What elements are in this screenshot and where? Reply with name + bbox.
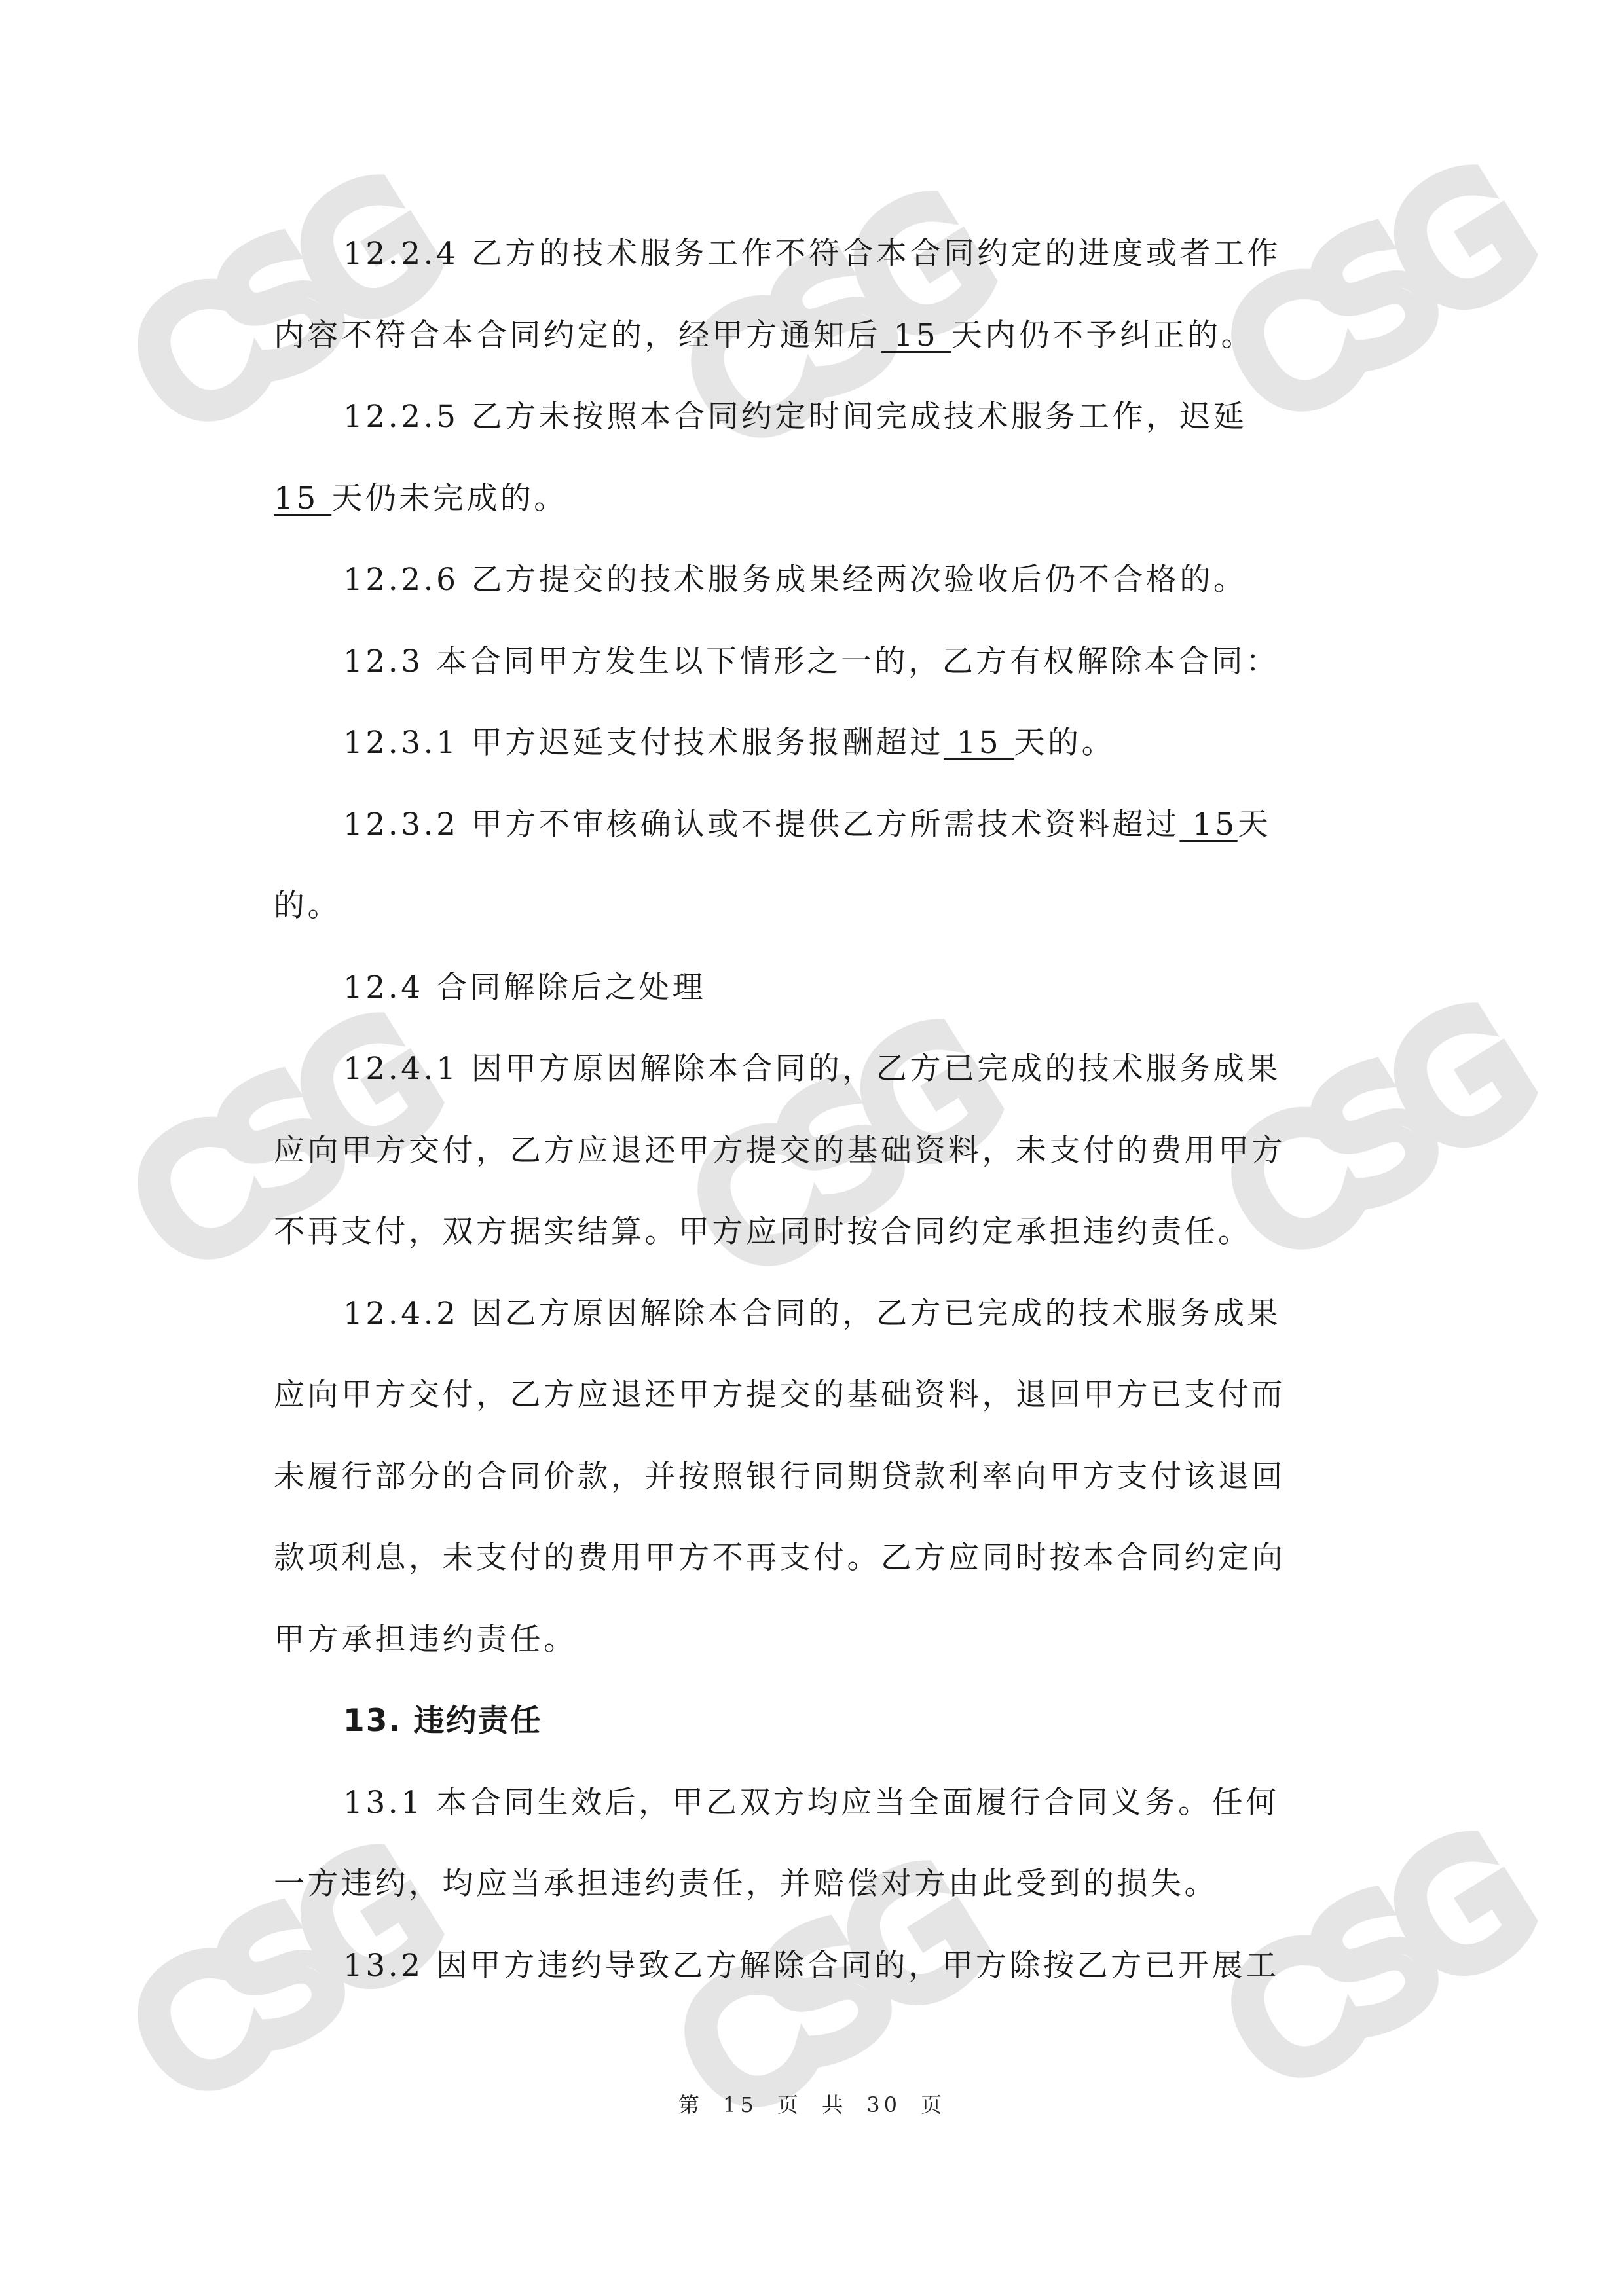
clause-line-12.2.6: 12.2.6 乙方提交的技术服务成果经两次验收后仍不合格的。: [343, 560, 1247, 600]
clause-line-13.1-b: 一方违约，均应当承担违约责任，并赔偿对方由此受到的损失。: [274, 1865, 1218, 1904]
clause-text: 天的。: [1014, 725, 1116, 761]
clause-text: 12.2.5 乙方未按照本合同约定时间完成技术服务工作，迟延: [343, 399, 1247, 435]
clause-text: 甲方承担违约责任。: [274, 1622, 578, 1658]
clause-text: 12.2.4 乙方的技术服务工作不符合本合同约定的进度或者工作: [343, 236, 1281, 272]
clause-line-12.4.2-a: 12.4.2 因乙方原因解除本合同的，乙方已完成的技术服务成果: [343, 1294, 1281, 1334]
clause-text: 12.4.1 因甲方原因解除本合同的，乙方已完成的技术服务成果: [343, 1051, 1281, 1087]
clause-text: 12.4.2 因乙方原因解除本合同的，乙方已完成的技术服务成果: [343, 1296, 1281, 1332]
clause-text: 12.3.1 甲方迟延支付技术服务报酬超过: [343, 725, 944, 761]
clause-line-12.3.2-b: 的。: [274, 886, 341, 926]
clause-line-12.2.4-b: 内容不符合本合同约定的，经甲方通知后 15 天内仍不予纠正的。: [274, 316, 1255, 355]
clause-line-13.2-a: 13.2 因甲方违约导致乙方解除合同的，甲方除按乙方已开展工: [343, 1946, 1280, 1986]
clause-line-12.4.1-c: 不再支付，双方据实结算。甲方应同时按合同约定承担违约责任。: [274, 1212, 1252, 1252]
clause-text: 天仍未完成的。: [331, 481, 568, 517]
clause-text: 12.4 合同解除后之处理: [343, 970, 706, 1006]
clause-text: 天内仍不予纠正的。: [951, 318, 1255, 354]
clause-line-12.4.1-a: 12.4.1 因甲方原因解除本合同的，乙方已完成的技术服务成果: [343, 1049, 1281, 1089]
page-footer: 第 15 页 共 30 页: [0, 2088, 1624, 2119]
clause-text: 12.2.6 乙方提交的技术服务成果经两次验收后仍不合格的。: [343, 562, 1247, 598]
clause-text: 13.1 本合同生效后，甲乙双方均应当全面履行合同义务。任何: [343, 1785, 1280, 1821]
clause-line-12.2.4-a: 12.2.4 乙方的技术服务工作不符合本合同约定的进度或者工作: [343, 234, 1281, 274]
clause-text: 13.2 因甲方违约导致乙方解除合同的，甲方除按乙方已开展工: [343, 1948, 1280, 1984]
clause-text: 应向甲方交付，乙方应退还甲方提交的基础资料，退回甲方已支付而: [274, 1377, 1285, 1413]
clause-text: 应向甲方交付，乙方应退还甲方提交的基础资料，未支付的费用甲方: [274, 1133, 1285, 1169]
clause-line-13: 13. 违约责任: [343, 1702, 542, 1741]
clause-line-12.3: 12.3 本合同甲方发生以下情形之一的，乙方有权解除本合同：: [343, 642, 1280, 682]
clause-line-12.4.1-b: 应向甲方交付，乙方应退还甲方提交的基础资料，未支付的费用甲方: [274, 1131, 1285, 1171]
clause-text: 不再支付，双方据实结算。甲方应同时按合同约定承担违约责任。: [274, 1214, 1252, 1250]
clause-text: 内容不符合本合同约定的，经甲方通知后: [274, 318, 881, 354]
clause-line-12.4.2-d: 款项利息，未支付的费用甲方不再支付。乙方应同时按本合同约定向: [274, 1539, 1285, 1578]
filled-blank-value: 15: [944, 725, 1014, 761]
clause-text: 天: [1238, 807, 1272, 843]
filled-blank-value: 15: [881, 318, 951, 354]
clause-line-12.3.1: 12.3.1 甲方迟延支付技术服务报酬超过 15 天的。: [343, 723, 1115, 763]
clause-text: 一方违约，均应当承担违约责任，并赔偿对方由此受到的损失。: [274, 1866, 1218, 1902]
clause-line-12.4.2-b: 应向甲方交付，乙方应退还甲方提交的基础资料，退回甲方已支付而: [274, 1376, 1285, 1415]
clause-text: 12.3.2 甲方不审核确认或不提供乙方所需技术资料超过: [343, 807, 1179, 843]
document-page: CSGCSGCSGCSGCSGCSGCSGCSGCSG 12.2.4 乙方的技术…: [0, 0, 1624, 2296]
filled-blank-value: 15: [1179, 807, 1237, 843]
filled-blank-value: 15: [274, 481, 331, 517]
clause-line-12.2.5-b: 15 天仍未完成的。: [274, 479, 568, 519]
clause-text: 未履行部分的合同价款，并按照银行同期贷款利率向甲方支付该退回: [274, 1459, 1285, 1495]
clause-text: 12.3 本合同甲方发生以下情形之一的，乙方有权解除本合同：: [343, 644, 1280, 680]
clause-text: 的。: [274, 888, 341, 924]
clause-line-12.3.2-a: 12.3.2 甲方不审核确认或不提供乙方所需技术资料超过 15天: [343, 805, 1271, 845]
clause-line-12.4.2-e: 甲方承担违约责任。: [274, 1620, 578, 1660]
clause-line-12.4.2-c: 未履行部分的合同价款，并按照银行同期贷款利率向甲方支付该退回: [274, 1457, 1285, 1497]
clause-text: 13. 违约责任: [343, 1703, 542, 1739]
clause-line-12.2.5-a: 12.2.5 乙方未按照本合同约定时间完成技术服务工作，迟延: [343, 397, 1247, 437]
clause-line-12.4: 12.4 合同解除后之处理: [343, 968, 706, 1008]
clause-text: 款项利息，未支付的费用甲方不再支付。乙方应同时按本合同约定向: [274, 1540, 1285, 1576]
clause-line-13.1-a: 13.1 本合同生效后，甲乙双方均应当全面履行合同义务。任何: [343, 1783, 1280, 1823]
